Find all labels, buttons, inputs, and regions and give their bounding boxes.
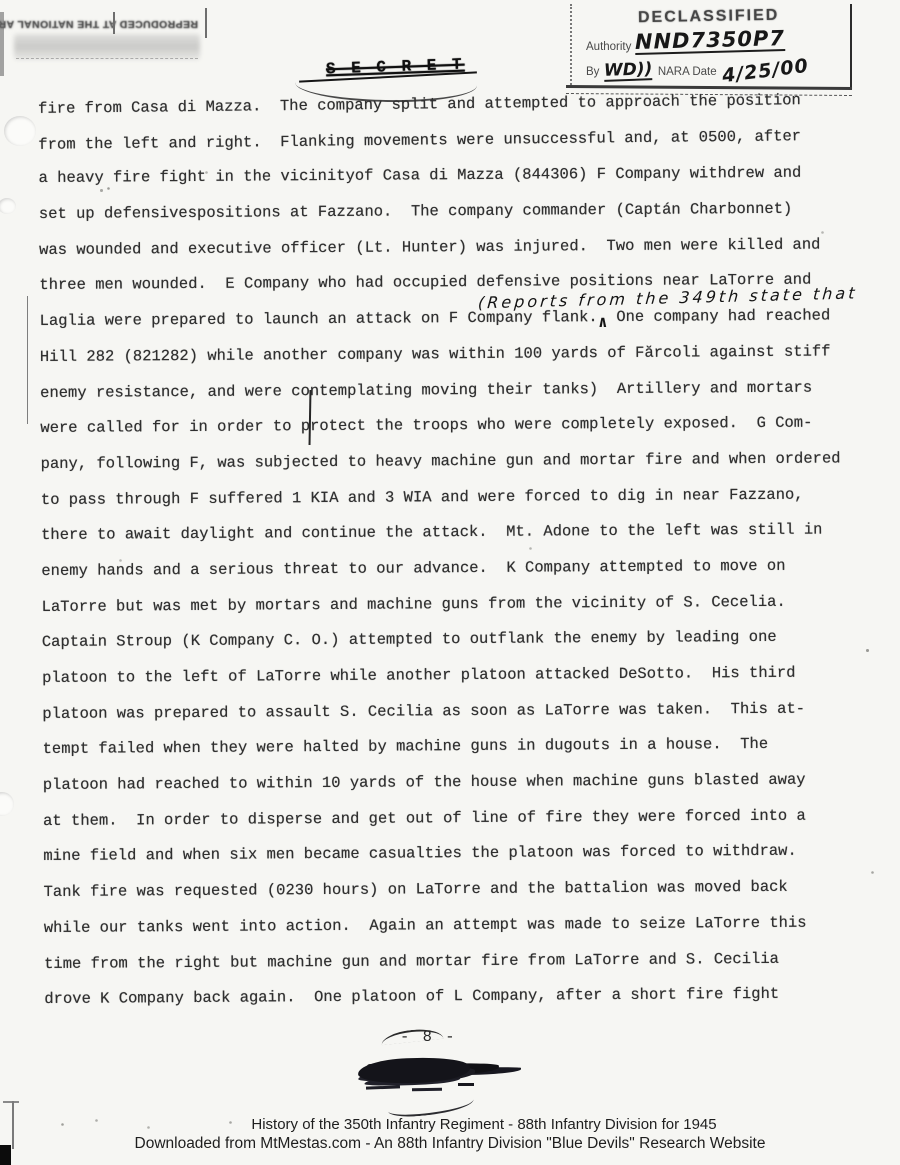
authority-row: Authority NND7350P7 bbox=[586, 30, 785, 53]
text-line: Hill 282 (821282) while another company … bbox=[40, 334, 872, 375]
text-line: pany, following F, was subjected to heav… bbox=[40, 441, 872, 482]
text-line: platoon was prepared to assault S. Cecil… bbox=[42, 691, 874, 732]
text-line: Captain Stroup (K Company C. O.) attempt… bbox=[42, 619, 874, 660]
pen-tick-mark bbox=[113, 12, 115, 34]
text-line: Tank fire was requested (0230 hours) on … bbox=[43, 869, 875, 910]
text-line: platoon had reached to within 10 yards o… bbox=[43, 762, 875, 803]
hole-punch-shadow bbox=[0, 198, 16, 214]
text-line: were called for in order to protect the … bbox=[40, 405, 872, 446]
scan-noise-specks bbox=[0, 0, 1, 1]
text-line: time from the right but machine gun and … bbox=[44, 941, 876, 982]
date-handwritten-value: 4/25/00 bbox=[721, 57, 810, 86]
text-line: at them. In order to disperse and get ou… bbox=[43, 798, 875, 839]
text-line: enemy resistance, and were contemplating… bbox=[40, 370, 872, 411]
text-line: mine field and when six men became casua… bbox=[43, 834, 875, 875]
text-line: tempt failed when they were halted by ma… bbox=[42, 727, 874, 768]
pen-tick-mark bbox=[205, 8, 207, 38]
national-archives-stamp-text: REPRODUCED AT THE NATIONAL ARCH bbox=[16, 18, 198, 30]
scan-edge-artifact bbox=[0, 12, 4, 76]
scribble-underline-fragment bbox=[366, 1085, 400, 1089]
hole-punch-shadow bbox=[4, 116, 36, 146]
national-archives-stamp: REPRODUCED AT THE NATIONAL ARCH bbox=[12, 10, 202, 62]
scan-corner-mark bbox=[0, 1145, 11, 1165]
footer: History of the 350th Infantry Regiment -… bbox=[0, 1116, 900, 1153]
ink-scribble-blob bbox=[358, 1056, 471, 1085]
scribble-underline-fragment bbox=[412, 1088, 442, 1092]
text-line: enemy hands and a serious threat to our … bbox=[41, 548, 873, 589]
margin-pen-line bbox=[27, 296, 28, 424]
by-handwritten-initials: WD)) bbox=[604, 61, 653, 82]
declassified-stamp: DECLASSIFIED Authority NND7350P7 By WD))… bbox=[570, 4, 852, 88]
text-line: set up defensivespositions at Fazzano. T… bbox=[39, 191, 871, 232]
nara-date-label: NARA Date bbox=[658, 66, 717, 78]
stamp-underline bbox=[16, 58, 198, 59]
text-line: LaTorre but was met by mortars and machi… bbox=[41, 584, 873, 625]
by-label: By bbox=[586, 66, 599, 78]
margin-mark bbox=[12, 1101, 14, 1149]
text-line: drove K Company back again. One platoon … bbox=[44, 976, 876, 1017]
stamp-smudge bbox=[14, 34, 200, 60]
hole-punch-shadow bbox=[0, 792, 14, 816]
by-row: By WD)) NARA Date 4/25/00 bbox=[586, 62, 809, 81]
scanned-document-page: REPRODUCED AT THE NATIONAL ARCH DECLASSI… bbox=[0, 0, 900, 1165]
scribble-underline-fragment bbox=[458, 1083, 474, 1086]
margin-mark bbox=[3, 1101, 19, 1103]
text-line: there to await daylight and continue the… bbox=[41, 512, 873, 553]
footer-title: History of the 350th Infantry Regiment -… bbox=[34, 1116, 900, 1133]
footer-source: Downloaded from MtMestas.com - An 88th I… bbox=[0, 1135, 900, 1153]
text-line: while our tanks went into action. Again … bbox=[44, 905, 876, 946]
text-line: was wounded and executive officer (Lt. H… bbox=[39, 227, 871, 268]
text-line: to pass through F suffered 1 KIA and 3 W… bbox=[41, 477, 873, 518]
insertion-caret-mark: ∧ bbox=[598, 312, 608, 332]
document-body: fire from Casa di Mazza. The company spl… bbox=[38, 84, 876, 1018]
authority-handwritten-value: NND7350P7 bbox=[635, 28, 786, 55]
text-line: platoon to the left of LaTorre while ano… bbox=[42, 655, 874, 696]
declassified-title: DECLASSIFIED bbox=[638, 7, 780, 27]
authority-label: Authority bbox=[586, 41, 631, 53]
